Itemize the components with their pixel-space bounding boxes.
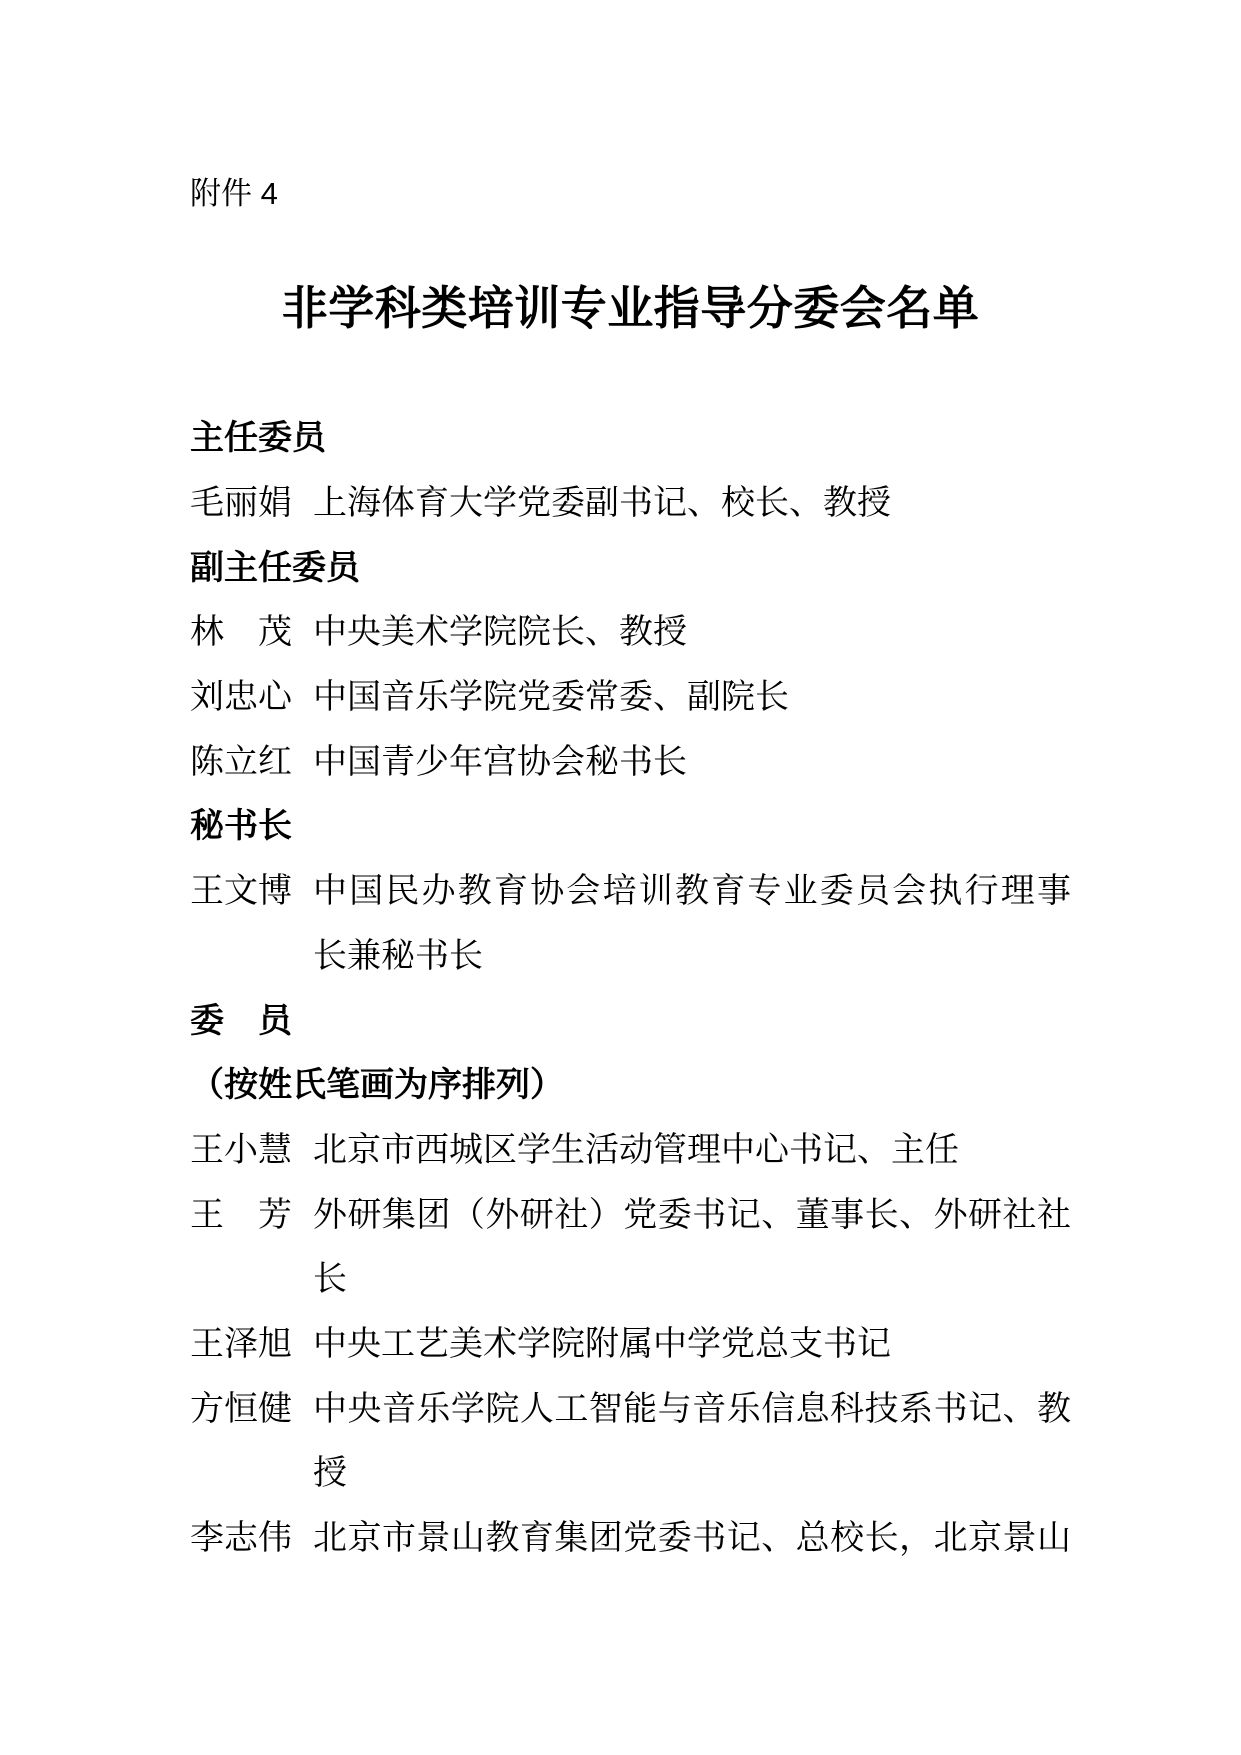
committee-list: 主任委员 毛丽娟 上海体育大学党委副书记、校长、教授 副主任委员 林茂 中央美术… — [190, 406, 1071, 1570]
member-role: 中国民办教育协会培训教育专业委员会执行理事 — [313, 871, 1071, 911]
section-heading-row: 主任委员 — [190, 406, 1071, 471]
member-row: 林茂 中央美术学院院长、教授 — [190, 600, 1071, 665]
member-name: 林茂 — [190, 612, 292, 652]
section-heading-row: 秘书长 — [190, 794, 1071, 859]
member-row: 陈立红 中国青少年宫协会秘书长 — [190, 729, 1071, 794]
member-row: 王芳 外研集团（外研社）党委书记、董事长、外研社社 — [190, 1182, 1071, 1247]
member-role: 北京市景山教育集团党委书记、总校长，北京景山 — [313, 1518, 1071, 1558]
section-heading-row: 委员 — [190, 988, 1071, 1053]
member-role: 中央美术学院院长、教授 — [313, 612, 1071, 652]
member-role: 外研集团（外研社）党委书记、董事长、外研社社 — [313, 1195, 1071, 1235]
member-row: 方恒健 中央音乐学院人工智能与音乐信息科技系书记、教 — [190, 1376, 1071, 1441]
member-row: 王泽旭 中央工艺美术学院附属中学党总支书记 — [190, 1312, 1071, 1377]
section-heading: 秘书长 — [190, 806, 292, 846]
member-role-continuation: 授 — [313, 1453, 1071, 1493]
member-name: 毛丽娟 — [190, 483, 292, 523]
member-row-continuation: 长 — [190, 1247, 1071, 1312]
section-heading: 副主任委员 — [190, 548, 360, 588]
member-name: 王泽旭 — [190, 1324, 292, 1364]
member-name: 王文博 — [190, 871, 292, 911]
member-role-continuation: 长兼秘书长 — [313, 936, 1071, 976]
section-heading-row: 副主任委员 — [190, 535, 1071, 600]
member-row: 毛丽娟 上海体育大学党委副书记、校长、教授 — [190, 471, 1071, 536]
member-role: 上海体育大学党委副书记、校长、教授 — [313, 483, 1071, 523]
member-name: 方恒健 — [190, 1389, 292, 1429]
member-role: 中国青少年宫协会秘书长 — [313, 742, 1071, 782]
section-heading: 主任委员 — [190, 418, 326, 458]
annex-label: 附件 4 — [190, 176, 278, 212]
sort-note: （按姓氏笔画为序排列） — [190, 1065, 564, 1105]
member-row-continuation: 长兼秘书长 — [190, 924, 1071, 989]
member-name: 王芳 — [190, 1195, 292, 1235]
member-role: 中国音乐学院党委常委、副院长 — [313, 677, 1071, 717]
member-role: 中央工艺美术学院附属中学党总支书记 — [313, 1324, 1071, 1364]
document-page: 附件 4 非学科类培训专业指导分委会名单 主任委员 毛丽娟 上海体育大学党委副书… — [0, 0, 1241, 1755]
member-name: 陈立红 — [190, 742, 292, 782]
section-subheading-row: （按姓氏笔画为序排列） — [190, 1053, 1071, 1118]
member-row: 李志伟 北京市景山教育集团党委书记、总校长，北京景山 — [190, 1506, 1071, 1571]
member-role: 北京市西城区学生活动管理中心书记、主任 — [313, 1130, 1071, 1170]
member-role: 中央音乐学院人工智能与音乐信息科技系书记、教 — [313, 1389, 1071, 1429]
member-row: 刘忠心 中国音乐学院党委常委、副院长 — [190, 665, 1071, 730]
member-row: 王文博 中国民办教育协会培训教育专业委员会执行理事 — [190, 859, 1071, 924]
member-name: 刘忠心 — [190, 677, 292, 717]
document-title: 非学科类培训专业指导分委会名单 — [190, 282, 1071, 334]
member-row-continuation: 授 — [190, 1441, 1071, 1506]
member-name: 李志伟 — [190, 1518, 292, 1558]
member-name: 王小慧 — [190, 1130, 292, 1170]
member-role-continuation: 长 — [313, 1259, 1071, 1299]
section-heading: 委员 — [190, 1001, 292, 1041]
member-row: 王小慧 北京市西城区学生活动管理中心书记、主任 — [190, 1118, 1071, 1183]
